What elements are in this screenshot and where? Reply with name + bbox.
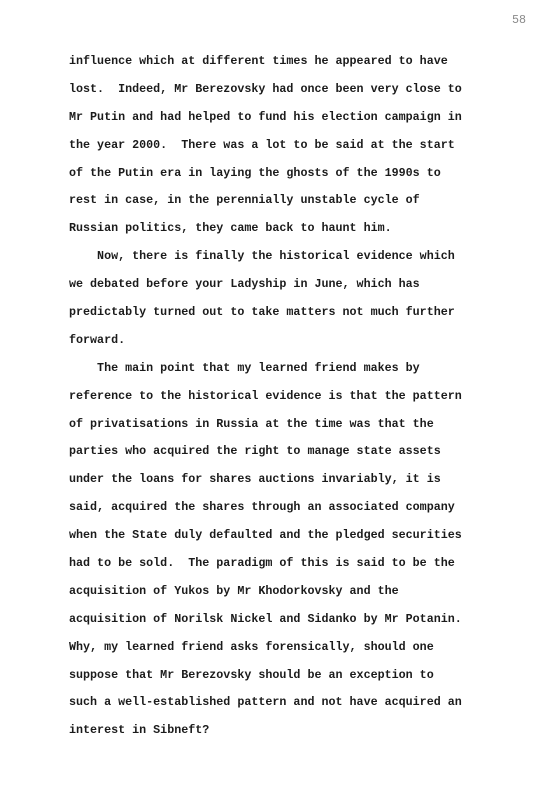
transcript-line: we debated before your Ladyship in June,… — [69, 271, 539, 299]
transcript-line: predictably turned out to take matters n… — [69, 299, 539, 327]
transcript-line: under the loans for shares auctions inva… — [69, 466, 539, 494]
transcript-line: such a well-established pattern and not … — [69, 689, 539, 717]
transcript-line: acquisition of Norilsk Nickel and Sidank… — [69, 606, 539, 634]
transcript-line: influence which at different times he ap… — [69, 48, 539, 76]
transcript-line: of privatisations in Russia at the time … — [69, 411, 539, 439]
transcript-line: when the State duly defaulted and the pl… — [69, 522, 539, 550]
transcript-line: had to be sold. The paradigm of this is … — [69, 550, 539, 578]
transcript-line: The main point that my learned friend ma… — [69, 355, 539, 383]
transcript-page: 58 influence which at different times he… — [0, 0, 558, 789]
transcript-line: of the Putin era in laying the ghosts of… — [69, 160, 539, 188]
transcript-line: lost. Indeed, Mr Berezovsky had once bee… — [69, 76, 539, 104]
transcript-line: parties who acquired the right to manage… — [69, 438, 539, 466]
transcript-line: reference to the historical evidence is … — [69, 383, 539, 411]
transcript-line: the year 2000. There was a lot to be sai… — [69, 132, 539, 160]
transcript-line: Mr Putin and had helped to fund his elec… — [69, 104, 539, 132]
transcript-line: interest in Sibneft? — [69, 717, 539, 745]
page-number: 58 — [512, 13, 526, 27]
transcript-line: rest in case, in the perennially unstabl… — [69, 187, 539, 215]
transcript-line: suppose that Mr Berezovsky should be an … — [69, 662, 539, 690]
transcript-text: influence which at different times he ap… — [69, 48, 539, 745]
transcript-line: forward. — [69, 327, 539, 355]
transcript-line: Now, there is finally the historical evi… — [69, 243, 539, 271]
transcript-line: Why, my learned friend asks forensically… — [69, 634, 539, 662]
transcript-line: Russian politics, they came back to haun… — [69, 215, 539, 243]
transcript-line: said, acquired the shares through an ass… — [69, 494, 539, 522]
transcript-line: acquisition of Yukos by Mr Khodorkovsky … — [69, 578, 539, 606]
